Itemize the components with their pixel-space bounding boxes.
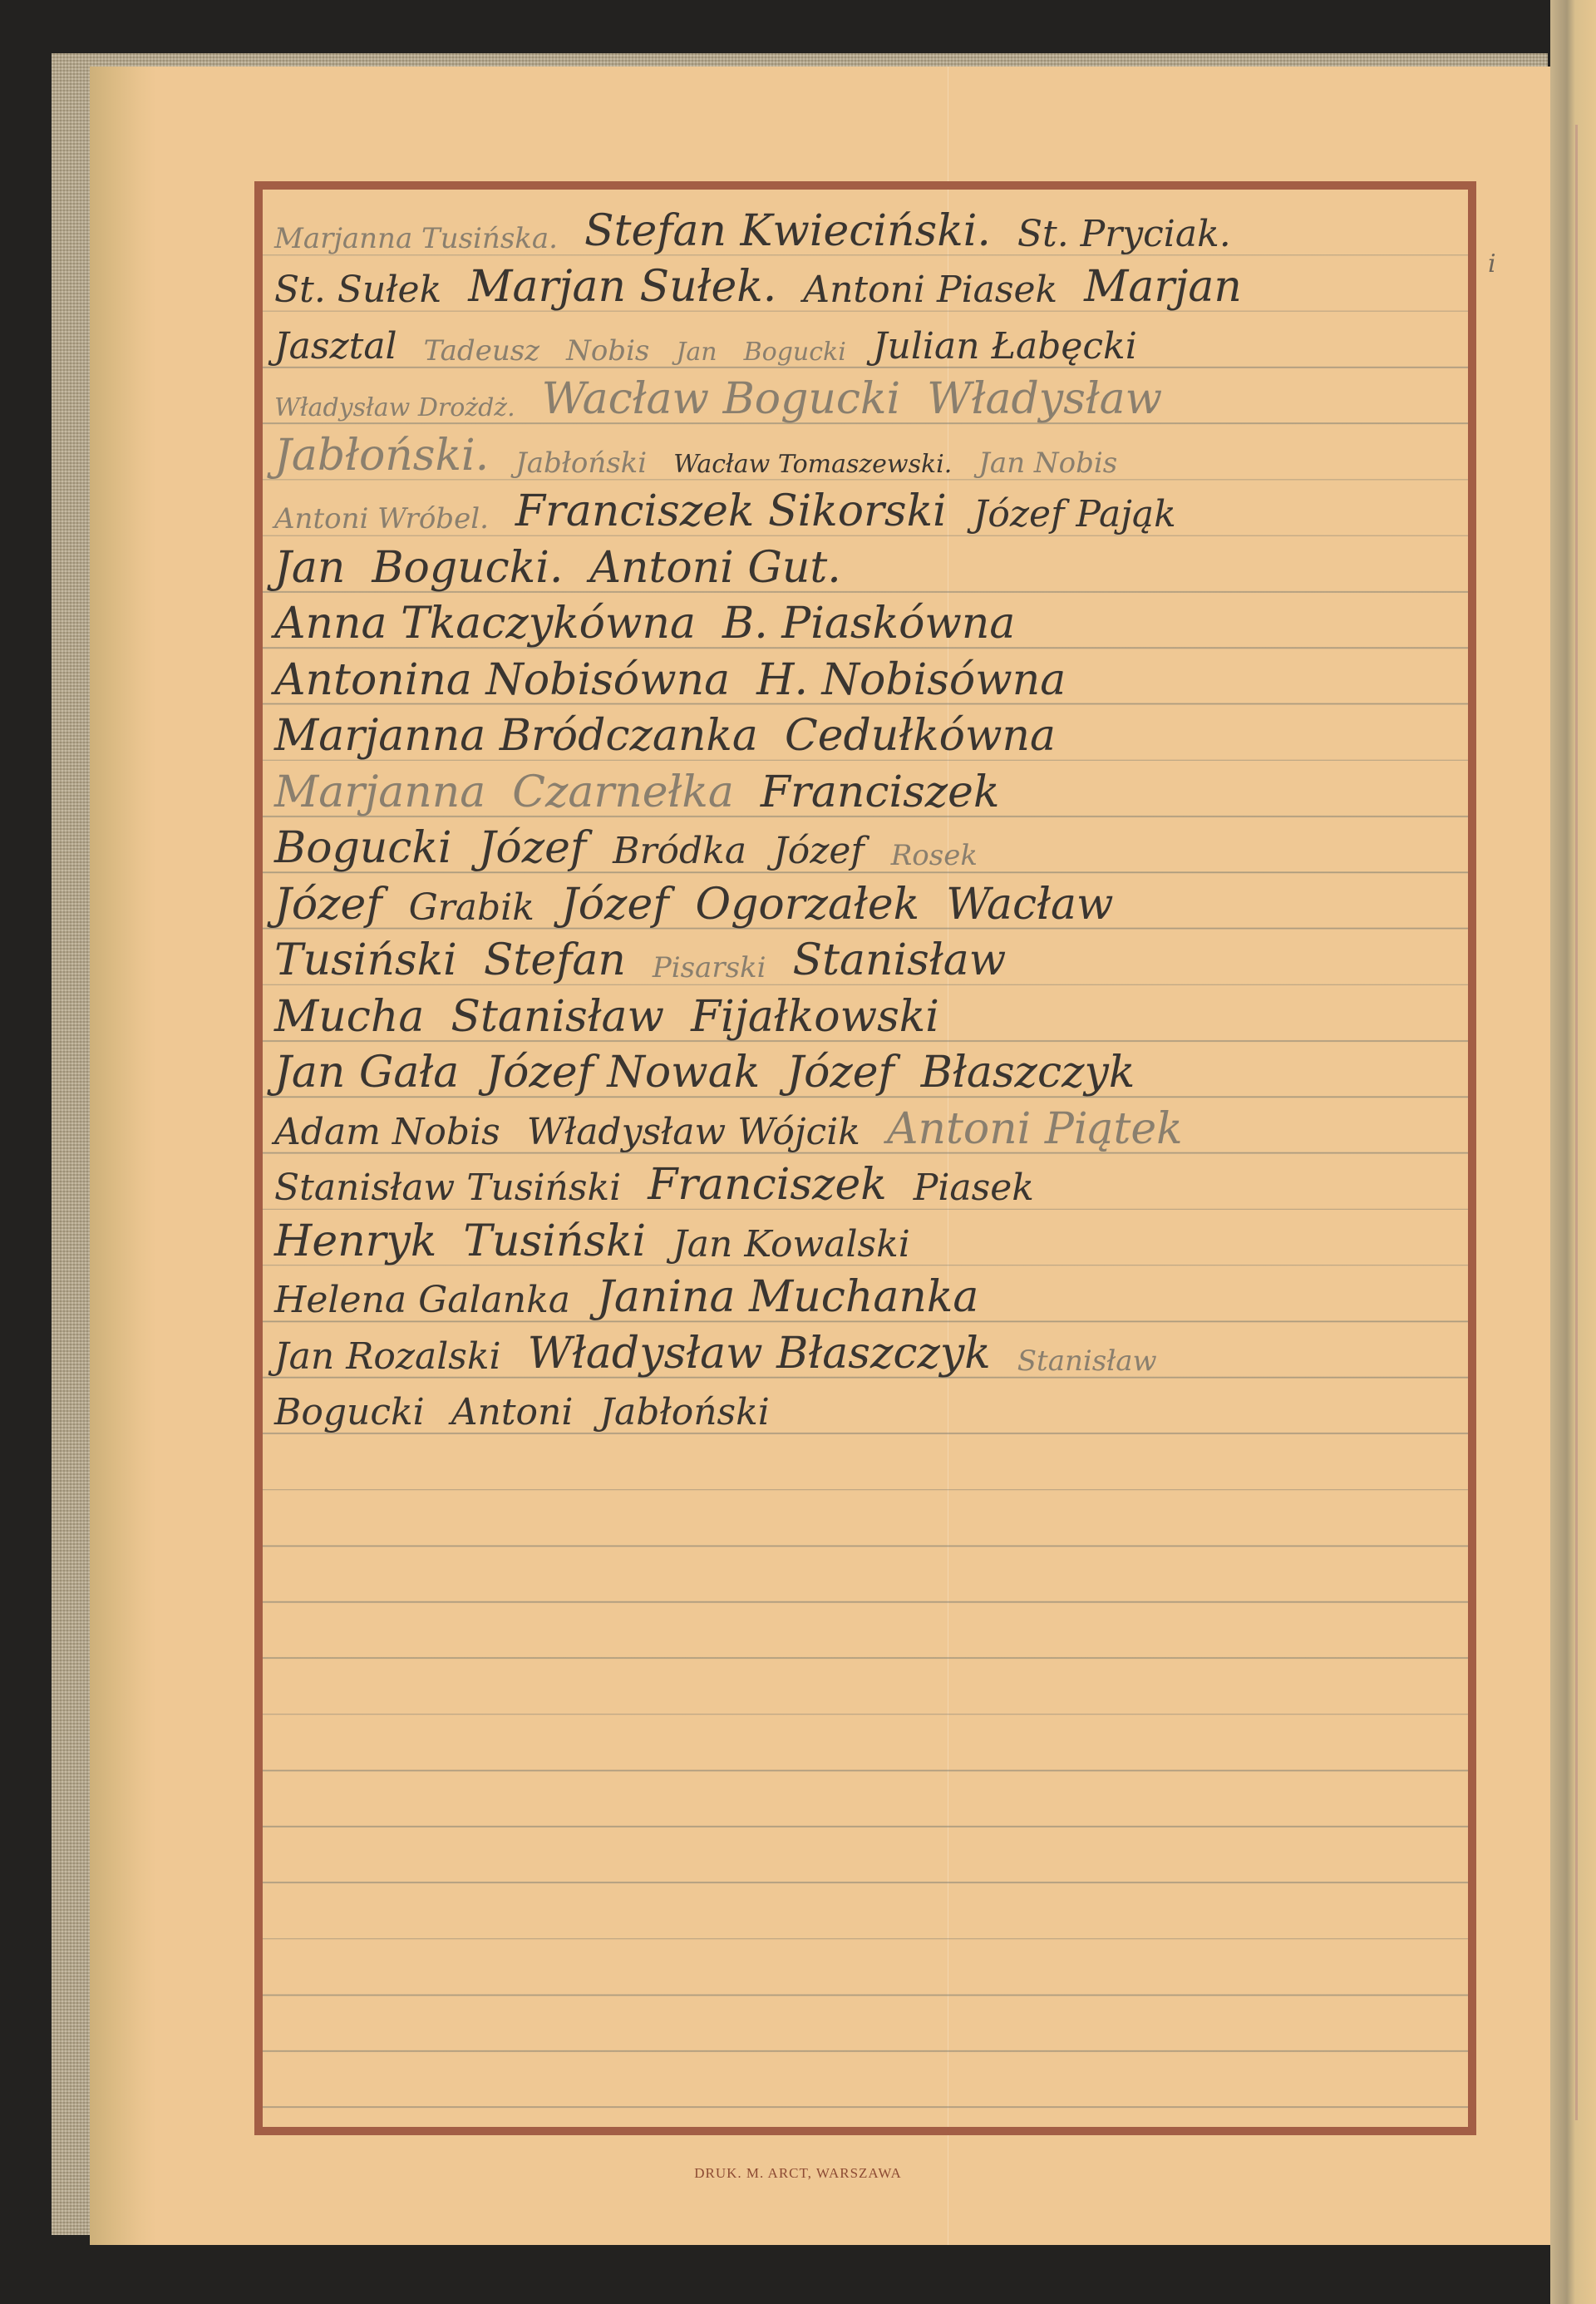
signature-row: Jan Rozalski Władysław Błaszczyk Stanisł…	[274, 1324, 1456, 1380]
signature-row: Marjanna Tusińska. Stefan Kwieciński. St…	[274, 201, 1456, 258]
signature-list: Marjanna Tusińska. Stefan Kwieciński. St…	[274, 201, 1456, 1436]
signature: Jan Rozalski	[274, 1339, 501, 1375]
ruled-frame: Marjanna Tusińska. Stefan Kwieciński. St…	[254, 181, 1476, 2135]
signature: Jan	[676, 340, 717, 365]
signature-row: Anna Tkaczykówna B. Piaskówna	[274, 595, 1456, 651]
signature: Jabłoński.	[274, 434, 489, 477]
signature: Bródka	[613, 833, 746, 870]
signature: Franciszek	[648, 1163, 887, 1206]
printer-imprint: DRUK. M. ARCT, WARSZAWA	[0, 2165, 1596, 2182]
signature-row: St. Sułek Marjan Sułek. Antoni Piasek Ma…	[274, 258, 1456, 314]
signature: Stefan Kwieciński.	[584, 210, 991, 253]
signature: Józef	[561, 883, 669, 926]
signature: Mucha	[274, 995, 424, 1039]
signature: Bogucki.	[372, 546, 563, 590]
signature-row: Stanisław Tusiński Franciszek Piasek	[274, 1156, 1456, 1212]
signature: Marjanna Tusińska.	[274, 224, 558, 253]
signature: Franciszek	[761, 771, 1000, 814]
signature: Bogucki	[274, 1394, 425, 1431]
signature: Antonina Nobisówna	[274, 659, 730, 702]
facing-page-ornament	[1575, 125, 1596, 2120]
signature: Józef	[786, 1051, 894, 1094]
signature: Jabłoński	[515, 449, 647, 477]
signature-row: Bogucki Józef Bródka Józef Rosek	[274, 819, 1456, 876]
signature: Bogucki	[274, 826, 452, 870]
signature: Fijałkowski	[691, 995, 939, 1039]
signature: Antoni	[451, 1394, 574, 1431]
signature: Ogorzałek	[695, 883, 919, 926]
signature-row: Adam Nobis Władysław Wójcik Antoni Piąte…	[274, 1099, 1456, 1156]
signature-row: Bogucki Antoni Jabłoński	[274, 1380, 1456, 1437]
signature: Jan Nobis	[978, 449, 1117, 477]
signature-row: Jan Bogucki. Antoni Gut.	[274, 538, 1456, 595]
signature: Antoni Gut.	[589, 546, 840, 590]
signature: Jabłoński	[599, 1394, 769, 1431]
signature: Józef	[773, 833, 864, 870]
signature: Wacław Bogucki	[542, 377, 901, 421]
signature-row: Władysław Drożdż. Wacław Bogucki Władysł…	[274, 370, 1456, 427]
signature: Julian Łabęcki	[873, 328, 1137, 365]
signature-row: Jan Gała Józef Nowak Józef Błaszczyk	[274, 1043, 1456, 1100]
signature: Henryk	[274, 1220, 436, 1263]
signature: Cedułkówna	[785, 714, 1056, 757]
signature: Piasek	[914, 1170, 1034, 1206]
signature: Tusiński	[274, 939, 457, 982]
signature-row: Marjanna Czarnełka Franciszek	[274, 762, 1456, 819]
signature: Stanisław	[793, 939, 1007, 982]
signature: Jan Kowalski	[672, 1226, 910, 1263]
signature: Tadeusz	[424, 337, 539, 365]
signature: Józef	[274, 883, 382, 926]
signature-row: Józef Grabik Józef Ogorzałek Wacław	[274, 875, 1456, 931]
signature: Stefan	[484, 939, 626, 982]
signature-row: Antoni Wróbel. Franciszek Sikorski Józef…	[274, 482, 1456, 539]
signature-row: Antonina Nobisówna H. Nobisówna	[274, 650, 1456, 707]
signature: Antoni Wróbel.	[274, 505, 489, 533]
signature: Władysław	[927, 377, 1162, 421]
signature: Marjan	[1084, 265, 1242, 308]
signature: Jan Gała	[274, 1051, 459, 1094]
signature: Władysław Wójcik	[527, 1114, 860, 1151]
signature: Helena Galanka	[274, 1282, 570, 1319]
signature: Józef Nowak	[485, 1051, 760, 1094]
signature: Antoni Piasek	[803, 272, 1057, 308]
signature: Adam Nobis	[274, 1114, 500, 1151]
signature: Marjanna	[274, 771, 485, 814]
signature: B. Piaskówna	[722, 602, 1015, 645]
facing-page-edge	[1550, 0, 1596, 2304]
signature-row: Henryk Tusiński Jan Kowalski	[274, 1211, 1456, 1268]
signature: Błaszczyk	[921, 1051, 1135, 1094]
signature: Marjanna Bródczanka	[274, 714, 758, 757]
signature: Stanisław	[1017, 1347, 1157, 1375]
signature: Nobis	[566, 337, 649, 365]
signature: Władysław Błaszczyk	[528, 1332, 991, 1375]
signature: H. Nobisówna	[756, 659, 1066, 702]
signature: Marjan Sułek.	[468, 265, 776, 308]
signature: Stanisław	[451, 995, 664, 1039]
signature: Józef Pająk	[973, 496, 1176, 533]
signature-row: Marjanna Bródczanka Cedułkówna	[274, 707, 1456, 763]
signature: Wacław Tomaszewski.	[673, 452, 952, 477]
signature: Franciszek Sikorski	[515, 490, 947, 533]
signature-row: Helena Galanka Janina Muchanka	[274, 1268, 1456, 1325]
signature: Władysław Drożdż.	[274, 396, 515, 421]
signature: Jan	[274, 546, 345, 590]
signature-row: Tusiński Stefan Pisarski Stanisław	[274, 931, 1456, 988]
signature: Bogucki	[744, 340, 846, 365]
signature-row: Jasztal Tadeusz Nobis Jan Bogucki Julian…	[274, 313, 1456, 370]
signature: Anna Tkaczykówna	[274, 602, 696, 645]
signature: St. Pryciak.	[1017, 216, 1231, 253]
signature: Jasztal	[274, 328, 397, 365]
signature-row: Jabłoński. Jabłoński Wacław Tomaszewski.…	[274, 426, 1456, 482]
margin-mark: i	[1488, 249, 1496, 279]
signature: Tusiński	[463, 1220, 646, 1263]
signature: Józef	[479, 826, 587, 870]
signature: Wacław	[946, 883, 1113, 926]
signature: Janina Muchanka	[597, 1275, 978, 1319]
signature: St. Sułek	[274, 272, 441, 308]
signature-row: Mucha Stanisław Fijałkowski	[274, 987, 1456, 1043]
signature: Pisarski	[653, 954, 766, 982]
signature: Grabik	[409, 890, 534, 926]
signature: Antoni Piątek	[887, 1108, 1183, 1151]
signature: Czarnełka	[512, 771, 734, 814]
signature: Stanisław Tusiński	[274, 1170, 621, 1206]
signature: Rosek	[891, 841, 978, 870]
